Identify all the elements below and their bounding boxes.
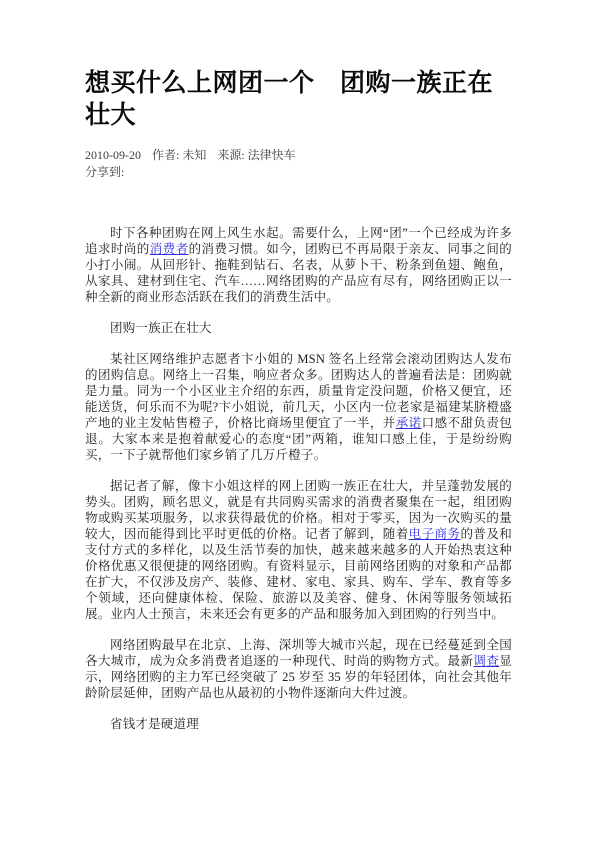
paragraph: 据记者了解，像卞小姐这样的网上团购一族正在壮大，并呈蓬勃发展的势头。团购，顾名思…	[85, 478, 512, 622]
text-run: 团购一族正在壮大	[110, 321, 212, 335]
section-heading: 省钱才是硬道理	[85, 716, 512, 732]
inline-link[interactable]: 消费者	[150, 242, 189, 256]
paragraph: 网络团购最早在北京、上海、深圳等大城市兴起，现在已经蔓延到全国各大城市，成为众多…	[85, 637, 512, 701]
section-heading: 团购一族正在壮大	[85, 320, 512, 336]
source-field: 来源: 法律快车	[217, 148, 295, 162]
document-page: 想买什么上网团一个 团购一族正在壮大 2010-09-20 作者: 未知 来源:…	[0, 0, 595, 842]
publish-date: 2010-09-20	[85, 148, 141, 162]
text-run: 网络团购最早在北京、上海、深圳等大城市兴起，现在已经蔓延到全国各大城市，成为众多…	[85, 638, 512, 668]
author-field: 作者: 未知	[152, 148, 206, 162]
article-body: 时下各种团购在网上风生水起。需要什么，上网“团”一个已经成为许多追求时尚的消费者…	[85, 225, 512, 732]
share-label: 分享到:	[85, 164, 512, 181]
inline-link[interactable]: 电子商务	[409, 527, 461, 541]
article-meta: 2010-09-20 作者: 未知 来源: 法律快车	[85, 147, 512, 164]
page-title: 想买什么上网团一个 团购一族正在壮大	[85, 68, 512, 132]
paragraph: 某社区网络维护志愿者卞小姐的 MSN 签名上经常会滚动团购达人发布的团购信息。网…	[85, 351, 512, 463]
text-run: 省钱才是硬道理	[110, 717, 199, 731]
inline-link[interactable]: 调查	[473, 654, 499, 668]
text-run: 的普及和支付方式的多样化，以及生活节奏的加快，越来越来越多的人开始热衷这种价格优…	[85, 527, 512, 621]
paragraph: 时下各种团购在网上风生水起。需要什么，上网“团”一个已经成为许多追求时尚的消费者…	[85, 225, 512, 305]
inline-link[interactable]: 承诺	[396, 416, 422, 430]
